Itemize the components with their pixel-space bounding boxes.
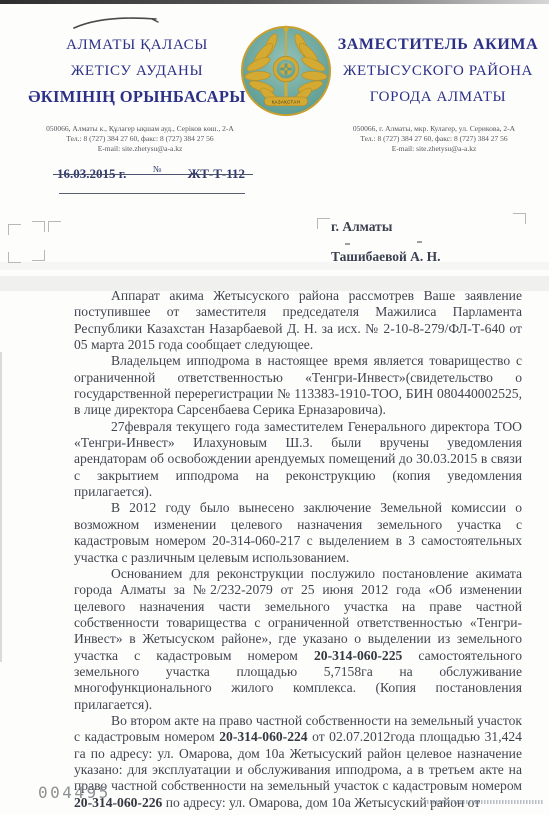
corner-mark	[317, 218, 330, 229]
form-number: 004495	[38, 783, 111, 802]
scan-dot	[417, 241, 422, 243]
micro-print-line	[424, 800, 544, 804]
cadastral-number-224: 20-314-060-224	[219, 729, 307, 744]
letter-body: Аппарат акима Жетысуского района рассмот…	[74, 288, 522, 811]
address-block-left: 050066, Алматы к., Құлагер ықшам ауд., С…	[22, 124, 258, 154]
number-sign: №	[153, 164, 162, 174]
paragraph-5: Основанием для реконструкции послужило п…	[74, 566, 522, 713]
scan-dot	[345, 243, 350, 245]
corner-mark	[32, 221, 45, 232]
address-left-line1: 050066, Алматы к., Құлагер ықшам ауд., С…	[22, 124, 258, 134]
letterhead-right-line2: ЖЕТЫСУСКОГО РАЙОНА	[333, 58, 543, 84]
paragraph-1: Аппарат акима Жетысуского района рассмот…	[74, 288, 522, 353]
cadastral-number-225: 20-314-060-225	[314, 648, 402, 663]
reference-fill-line	[53, 174, 253, 175]
kazakhstan-emblem: ҚАЗАҚСТАН	[237, 20, 335, 122]
letterhead-left-line1: АЛМАТЫ ҚАЛАСЫ	[28, 32, 246, 58]
corner-mark	[8, 252, 21, 263]
scanned-letter-page: АЛМАТЫ ҚАЛАСЫ ЖЕТІСУ АУДАНЫ ӘКІМІНІҢ ОРЫ…	[0, 0, 549, 815]
paragraph-2: Владельцем ипподрома в настоящее время я…	[74, 353, 522, 418]
emblem-ribbon-text: ҚАЗАҚСТАН	[272, 99, 300, 104]
scan-artifact-band	[0, 262, 549, 270]
letterhead-right: ЗАМЕСТИТЕЛЬ АКИМА ЖЕТЫСУСКОГО РАЙОНА ГОР…	[333, 32, 543, 110]
address-right-line1: 050066, г. Алматы, мкр. Кулагер, ул. Сер…	[322, 124, 546, 134]
address-left-line3: E-mail: site.zhetysu@a-a.kz	[22, 144, 258, 154]
address-block-right: 050066, г. Алматы, мкр. Кулагер, ул. Сер…	[322, 124, 546, 154]
address-left-line2: Тел.: 8 (727) 384 27 60, факс: 8 (727) 3…	[22, 134, 258, 144]
addressee-city: г. Алматы	[331, 219, 392, 235]
corner-mark	[48, 221, 61, 232]
letterhead-left-line2: ЖЕТІСУ АУДАНЫ	[28, 58, 246, 84]
reference-row: 16.03.2015 г. № ЖТ-Т-112	[57, 165, 245, 182]
addressee-name: Ташибаевой А. Н.	[331, 249, 441, 265]
corner-mark	[8, 224, 21, 235]
scan-artifact-top-line	[0, 0, 549, 4]
address-right-line3: E-mail: site.zhetysu@a-a.kz	[322, 144, 546, 154]
paragraph-4: В 2012 году было вынесено заключение Зем…	[74, 500, 522, 565]
corner-mark	[513, 213, 526, 224]
address-right-line2: Тел.: 8 (727) 384 27 60, факс: 8 (727) 3…	[322, 134, 546, 144]
reference-underline	[59, 193, 245, 194]
letterhead-right-line3: ГОРОДА АЛМАТЫ	[333, 84, 543, 110]
kazakhstan-emblem-graphic: ҚАЗАҚСТАН	[237, 20, 335, 122]
letterhead-left-line3: ӘКІМІНІҢ ОРЫНБАСАРЫ	[28, 84, 246, 110]
letterhead-left: АЛМАТЫ ҚАЛАСЫ ЖЕТІСУ АУДАНЫ ӘКІМІНІҢ ОРЫ…	[28, 32, 246, 110]
letterhead-right-line1: ЗАМЕСТИТЕЛЬ АКИМА	[333, 32, 543, 58]
paragraph-3: 27февраля текущего года заместителем Ген…	[74, 419, 522, 501]
paragraph-6: Во втором акте на право частной собствен…	[74, 713, 522, 811]
corner-mark	[32, 250, 45, 261]
pen-mark	[68, 12, 168, 34]
scan-artifact-left-edge	[0, 352, 2, 662]
